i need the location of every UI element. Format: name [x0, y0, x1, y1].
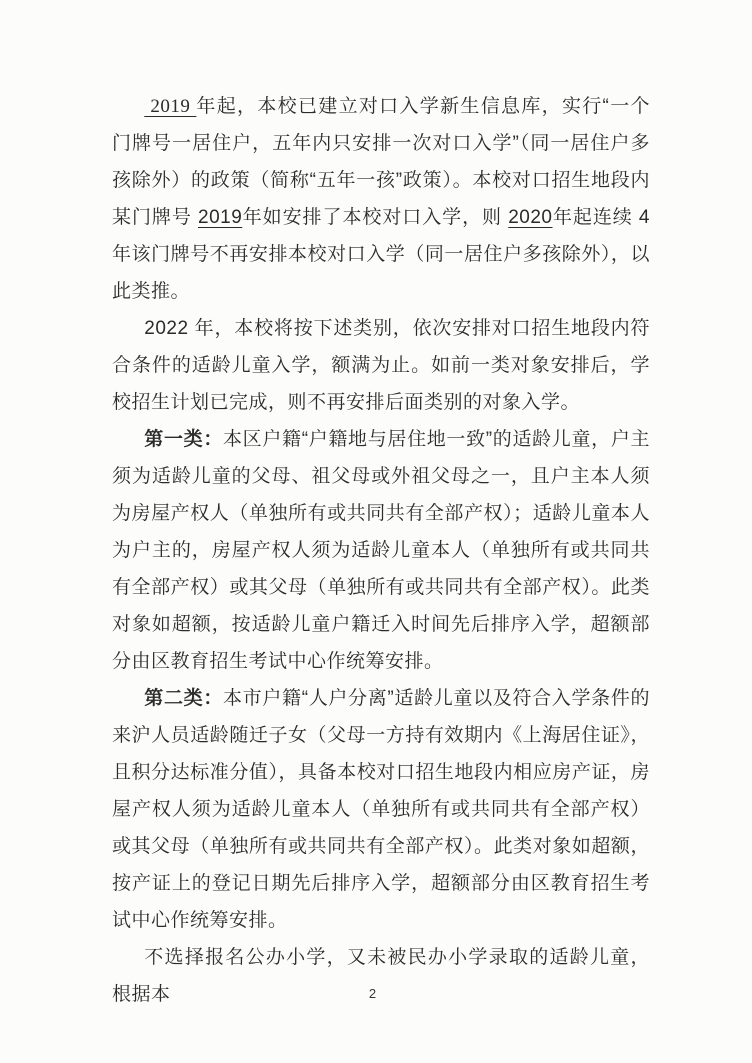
underlined-year-2019-first: 2019 [144, 96, 196, 117]
text-run: 本市户籍“人户分离”适龄儿童以及符合入学条件的来沪人员适龄随迁子女（父母一方持有… [112, 688, 650, 931]
paragraph-five-year-one-child-policy: 2019 年起，本校已建立对口入学新生信息库，实行“一个门牌号一居住户，五年内只… [112, 88, 650, 310]
underlined-year-2019-second: 2019 [198, 207, 242, 228]
text-run: 年如安排了本校对口入学，则 [242, 207, 508, 228]
document-page: 2019 年起，本校已建立对口入学新生信息库，实行“一个门牌号一居住户，五年内只… [0, 0, 752, 1063]
category-two-label: 第二类： [144, 688, 223, 709]
page-number: 2 [0, 986, 746, 1001]
paragraph-category-two: 第二类：本市户籍“人户分离”适龄儿童以及符合入学条件的来沪人员适龄随迁子女（父母… [112, 680, 650, 939]
text-run: 2022 年，本校将按下述类别，依次安排对口招生地段内符合条件的适龄儿童入学，额… [112, 318, 650, 413]
document-body: 2019 年起，本校已建立对口入学新生信息库，实行“一个门牌号一居住户，五年内只… [112, 88, 650, 1013]
paragraph-2022-enrollment-order: 2022 年，本校将按下述类别，依次安排对口招生地段内符合条件的适龄儿童入学，额… [112, 310, 650, 421]
paragraph-category-one: 第一类：本区户籍“户籍地与居住地一致”的适龄儿童，户主须为适龄儿童的父母、祖父母… [112, 421, 650, 680]
paragraph-not-enrolled-children: 不选择报名公办小学，又未被民办小学录取的适龄儿童，根据本 [112, 939, 650, 1013]
category-one-label: 第一类： [144, 429, 223, 450]
text-run: 本区户籍“户籍地与居住地一致”的适龄儿童，户主须为适龄儿童的父母、祖父母或外祖父… [112, 429, 650, 672]
underlined-year-2020: 2020 [508, 207, 552, 228]
